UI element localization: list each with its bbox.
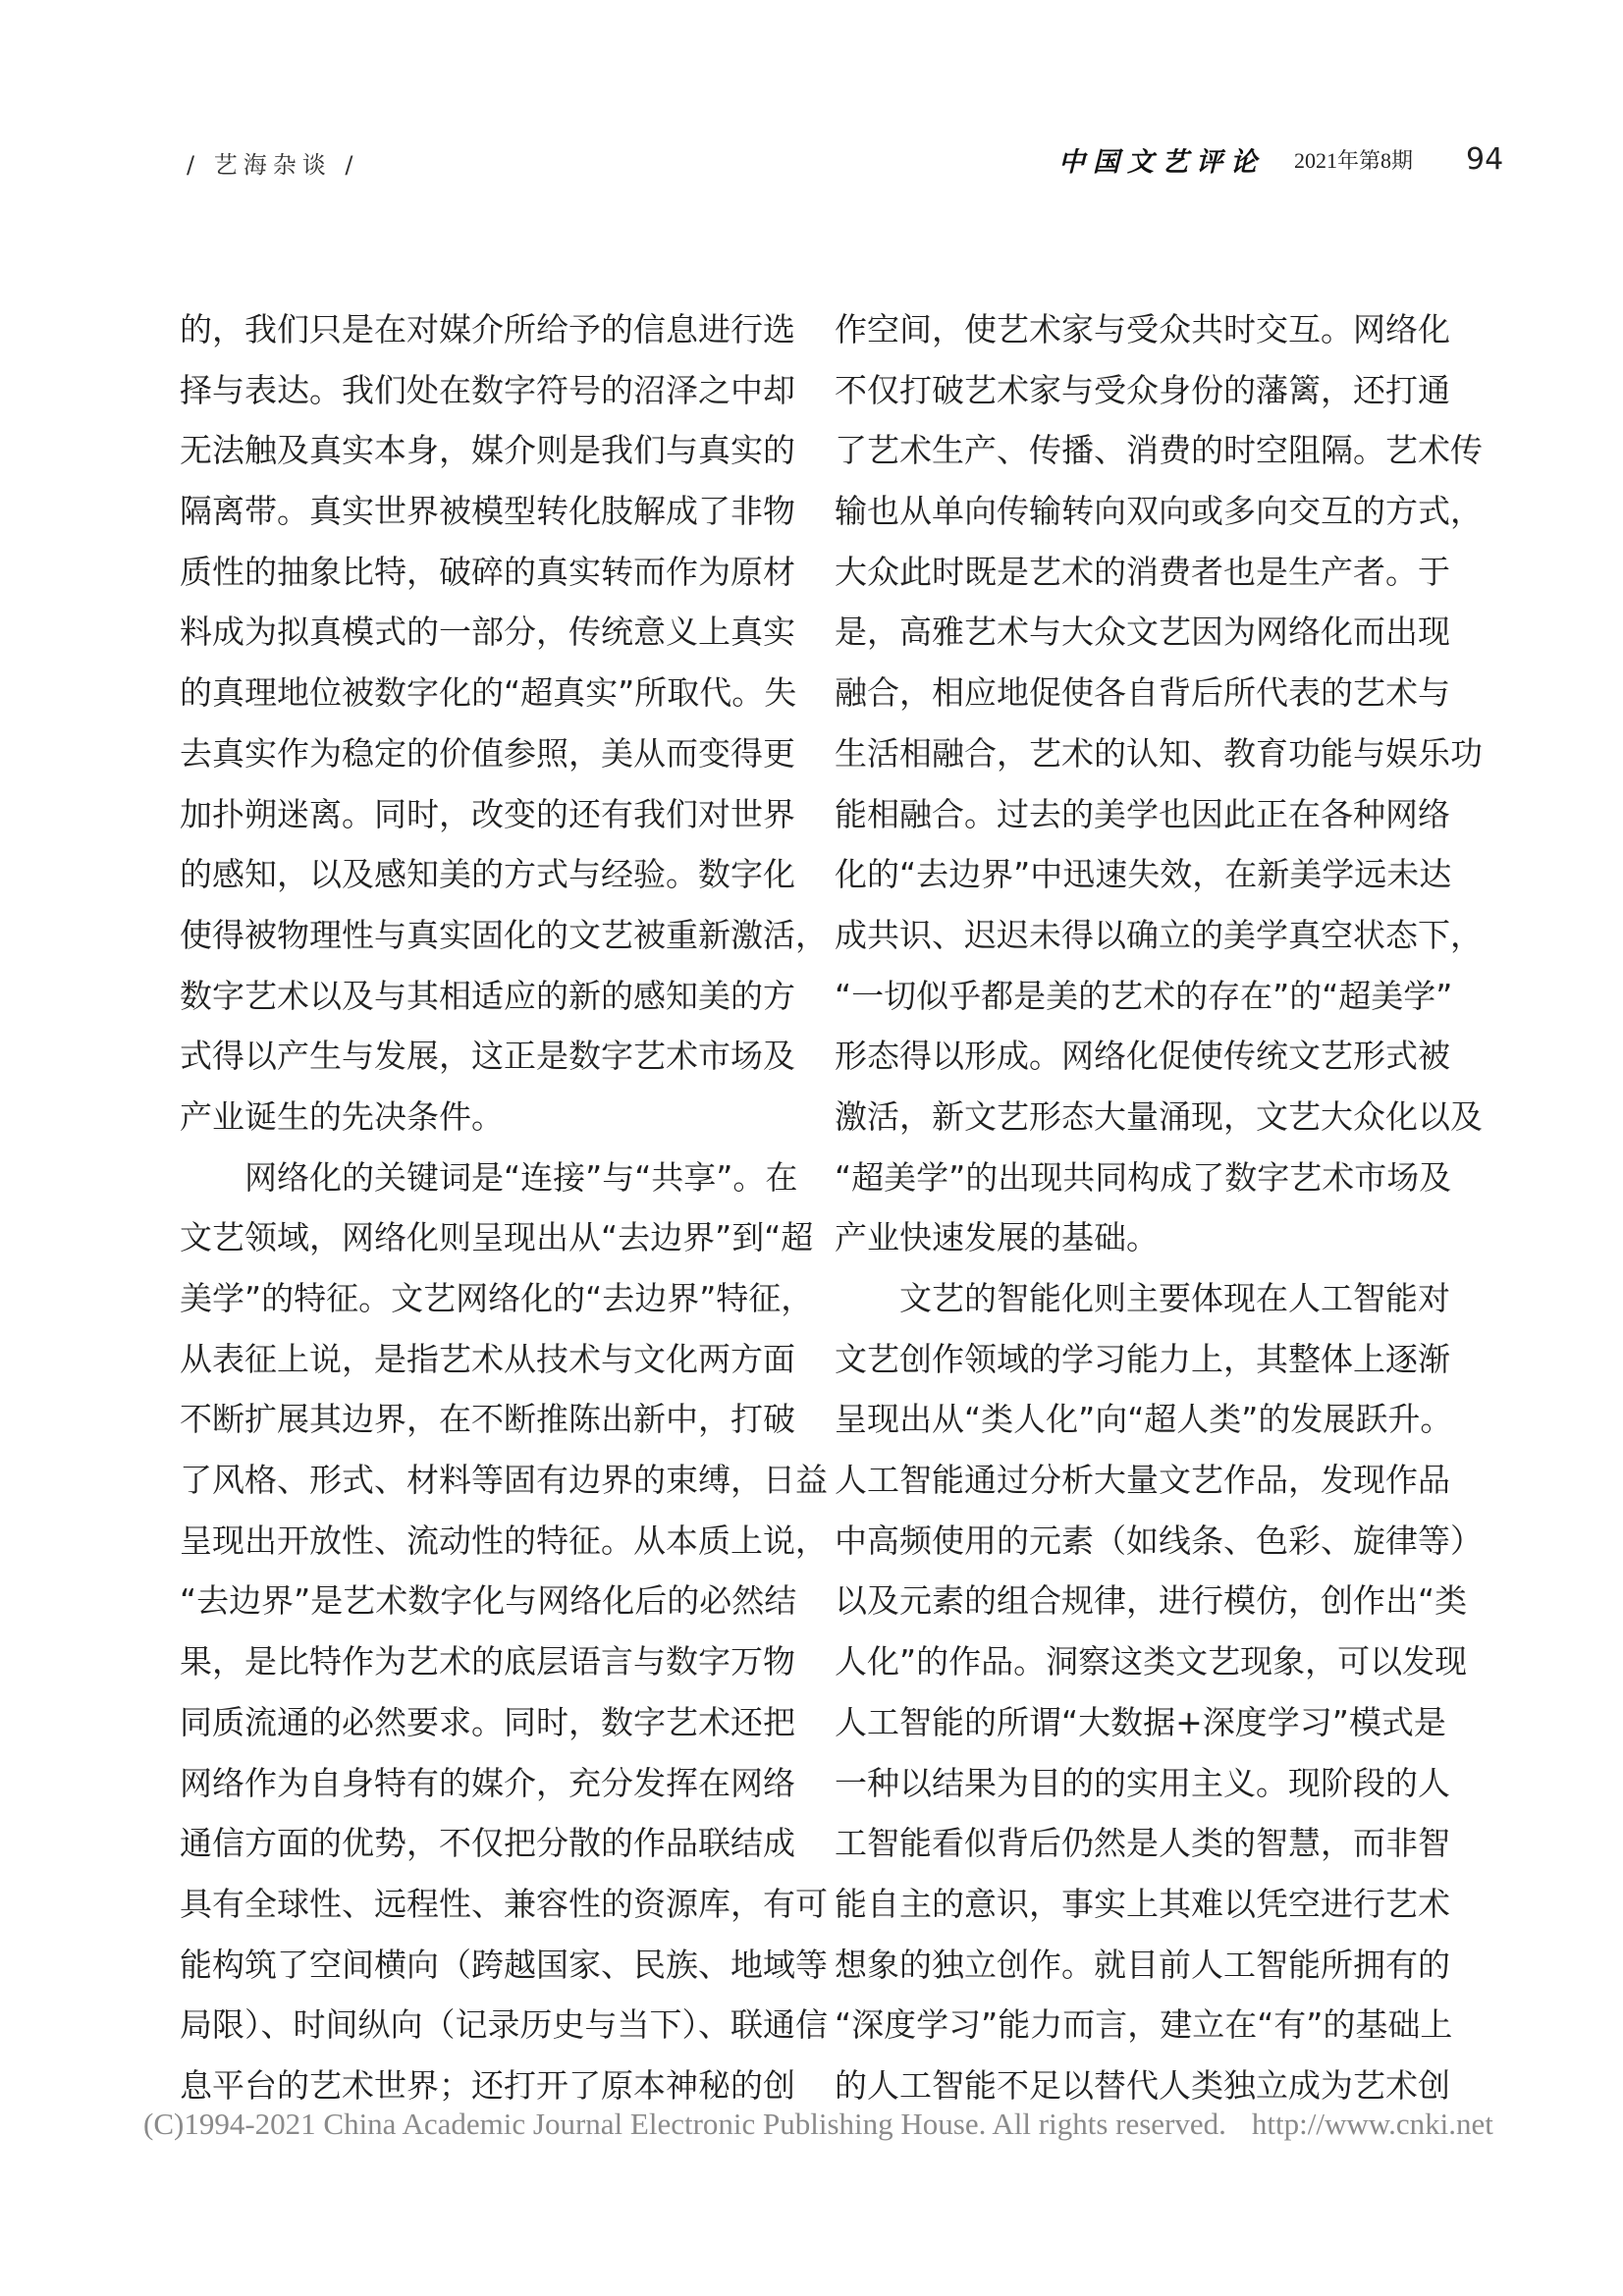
text-line: 了风格、形式、材料等固有边界的束缚，日益 bbox=[180, 1450, 769, 1511]
text-line: “深度学习”能力而言，建立在“有”的基础上 bbox=[835, 1995, 1424, 2056]
text-line: 网络化的关键词是“连接”与“共享”。在 bbox=[180, 1148, 769, 1208]
text-line: 文艺的智能化则主要体现在人工智能对 bbox=[835, 1268, 1424, 1329]
text-line: 化的“去边界”中迅速失效，在新美学远未达 bbox=[835, 844, 1424, 905]
copyright-text: (C)1994-2021 China Academic Journal Elec… bbox=[143, 2107, 1226, 2141]
text-line: 一种以结果为目的的实用主义。现阶段的人 bbox=[835, 1753, 1424, 1814]
text-line: 成共识、迟迟未得以确立的美学真空状态下， bbox=[835, 905, 1424, 966]
text-line: 同质流通的必然要求。同时，数字艺术还把 bbox=[180, 1692, 769, 1753]
text-line: 工智能看似背后仍然是人类的智慧，而非智 bbox=[835, 1813, 1424, 1874]
paragraph: 作空间，使艺术家与受众共时交互。网络化不仅打破艺术家与受众身份的藩篱，还打通了艺… bbox=[835, 299, 1424, 1268]
text-line: 美学”的特征。文艺网络化的“去边界”特征， bbox=[180, 1268, 769, 1329]
copyright-footer: (C)1994-2021 China Academic Journal Elec… bbox=[143, 2107, 1518, 2142]
text-line: 不仅打破艺术家与受众身份的藩篱，还打通 bbox=[835, 360, 1424, 421]
paragraph: 的，我们只是在对媒介所给予的信息进行选择与表达。我们处在数字符号的沼泽之中却无法… bbox=[180, 299, 769, 1148]
paragraph: 文艺的智能化则主要体现在人工智能对文艺创作领域的学习能力上，其整体上逐渐呈现出从… bbox=[835, 1268, 1424, 2116]
text-line: 人工智能通过分析大量文艺作品，发现作品 bbox=[835, 1450, 1424, 1511]
text-line: 激活，新文艺形态大量涌现，文艺大众化以及 bbox=[835, 1087, 1424, 1148]
paragraph: 网络化的关键词是“连接”与“共享”。在文艺领域，网络化则呈现出从“去边界”到“超… bbox=[180, 1148, 769, 2116]
running-header: 中国文艺评论 2021年第8期 94 bbox=[1058, 137, 1503, 181]
text-line: 是，高雅艺术与大众文艺因为网络化而出现 bbox=[835, 602, 1424, 663]
issue-label: 2021年第8期 bbox=[1294, 144, 1413, 175]
footer-url: http://www.cnki.net bbox=[1252, 2107, 1493, 2141]
text-line: 文艺创作领域的学习能力上，其整体上逐渐 bbox=[835, 1329, 1424, 1390]
text-line: 的真理地位被数字化的“超真实”所取代。失 bbox=[180, 663, 769, 723]
text-line: “去边界”是艺术数字化与网络化后的必然结 bbox=[180, 1571, 769, 1631]
text-line: 大众此时既是艺术的消费者也是生产者。于 bbox=[835, 542, 1424, 603]
text-line: 加扑朔迷离。同时，改变的还有我们对世界 bbox=[180, 784, 769, 845]
right-column: 作空间，使艺术家与受众共时交互。网络化不仅打破艺术家与受众身份的藩篱，还打通了艺… bbox=[835, 299, 1424, 2116]
text-line: 的，我们只是在对媒介所给予的信息进行选 bbox=[180, 299, 769, 360]
text-line: 形态得以形成。网络化促使传统文艺形式被 bbox=[835, 1026, 1424, 1087]
text-line: 中高频使用的元素（如线条、色彩、旋律等） bbox=[835, 1511, 1424, 1572]
text-line: 产业快速发展的基础。 bbox=[835, 1207, 1424, 1268]
text-line: 局限）、时间纵向（记录历史与当下）、联通信 bbox=[180, 1995, 769, 2056]
page-number: 94 bbox=[1466, 142, 1503, 177]
text-line: 数字艺术以及与其相适应的新的感知美的方 bbox=[180, 966, 769, 1027]
text-line: 文艺领域，网络化则呈现出从“去边界”到“超 bbox=[180, 1207, 769, 1268]
text-line: 人工智能的所谓“大数据+深度学习”模式是 bbox=[835, 1692, 1424, 1753]
text-line: 融合，相应地促使各自背后所代表的艺术与 bbox=[835, 663, 1424, 723]
text-line: 从表征上说，是指艺术从技术与文化两方面 bbox=[180, 1329, 769, 1390]
text-line: 不断扩展其边界，在不断推陈出新中，打破 bbox=[180, 1389, 769, 1450]
text-line: 生活相融合，艺术的认知、教育功能与娱乐功 bbox=[835, 723, 1424, 784]
text-line: 无法触及真实本身，媒介则是我们与真实的 bbox=[180, 420, 769, 481]
text-line: 通信方面的优势，不仅把分散的作品联结成 bbox=[180, 1813, 769, 1874]
text-line: 想象的独立创作。就目前人工智能所拥有的 bbox=[835, 1935, 1424, 1996]
text-line: 择与表达。我们处在数字符号的沼泽之中却 bbox=[180, 360, 769, 421]
text-line: 呈现出开放性、流动性的特征。从本质上说， bbox=[180, 1511, 769, 1572]
text-line: 呈现出从“类人化”向“超人类”的发展跃升。 bbox=[835, 1389, 1424, 1450]
text-line: 作空间，使艺术家与受众共时交互。网络化 bbox=[835, 299, 1424, 360]
left-column: 的，我们只是在对媒介所给予的信息进行选择与表达。我们处在数字符号的沼泽之中却无法… bbox=[180, 299, 769, 2116]
text-line: 网络作为自身特有的媒介，充分发挥在网络 bbox=[180, 1753, 769, 1814]
text-line: 使得被物理性与真实固化的文艺被重新激活， bbox=[180, 905, 769, 966]
text-line: “超美学”的出现共同构成了数字艺术市场及 bbox=[835, 1148, 1424, 1208]
text-line: 去真实作为稳定的价值参照，美从而变得更 bbox=[180, 723, 769, 784]
text-line: 能相融合。过去的美学也因此正在各种网络 bbox=[835, 784, 1424, 845]
text-line: 式得以产生与发展，这正是数字艺术市场及 bbox=[180, 1026, 769, 1087]
text-line: 以及元素的组合规律，进行模仿，创作出“类 bbox=[835, 1571, 1424, 1631]
journal-title: 中国文艺评论 bbox=[1058, 140, 1265, 179]
text-line: 能构筑了空间横向（跨越国家、民族、地域等 bbox=[180, 1935, 769, 1996]
text-line: 料成为拟真模式的一部分，传统意义上真实 bbox=[180, 602, 769, 663]
text-line: 具有全球性、远程性、兼容性的资源库，有可 bbox=[180, 1874, 769, 1935]
text-line: 产业诞生的先决条件。 bbox=[180, 1087, 769, 1148]
text-line: 了艺术生产、传播、消费的时空阻隔。艺术传 bbox=[835, 420, 1424, 481]
text-line: “一切似乎都是美的艺术的存在”的“超美学” bbox=[835, 966, 1424, 1027]
text-line: 隔离带。真实世界被模型转化肢解成了非物 bbox=[180, 481, 769, 542]
text-line: 人化”的作品。洞察这类文艺现象，可以发现 bbox=[835, 1631, 1424, 1692]
section-label: / 艺海杂谈 / bbox=[187, 145, 358, 180]
text-line: 的感知，以及感知美的方式与经验。数字化 bbox=[180, 844, 769, 905]
text-line: 果，是比特作为艺术的底层语言与数字万物 bbox=[180, 1631, 769, 1692]
text-line: 输也从单向传输转向双向或多向交互的方式， bbox=[835, 481, 1424, 542]
text-line: 质性的抽象比特，破碎的真实转而作为原材 bbox=[180, 542, 769, 603]
text-line: 能自主的意识，事实上其难以凭空进行艺术 bbox=[835, 1874, 1424, 1935]
